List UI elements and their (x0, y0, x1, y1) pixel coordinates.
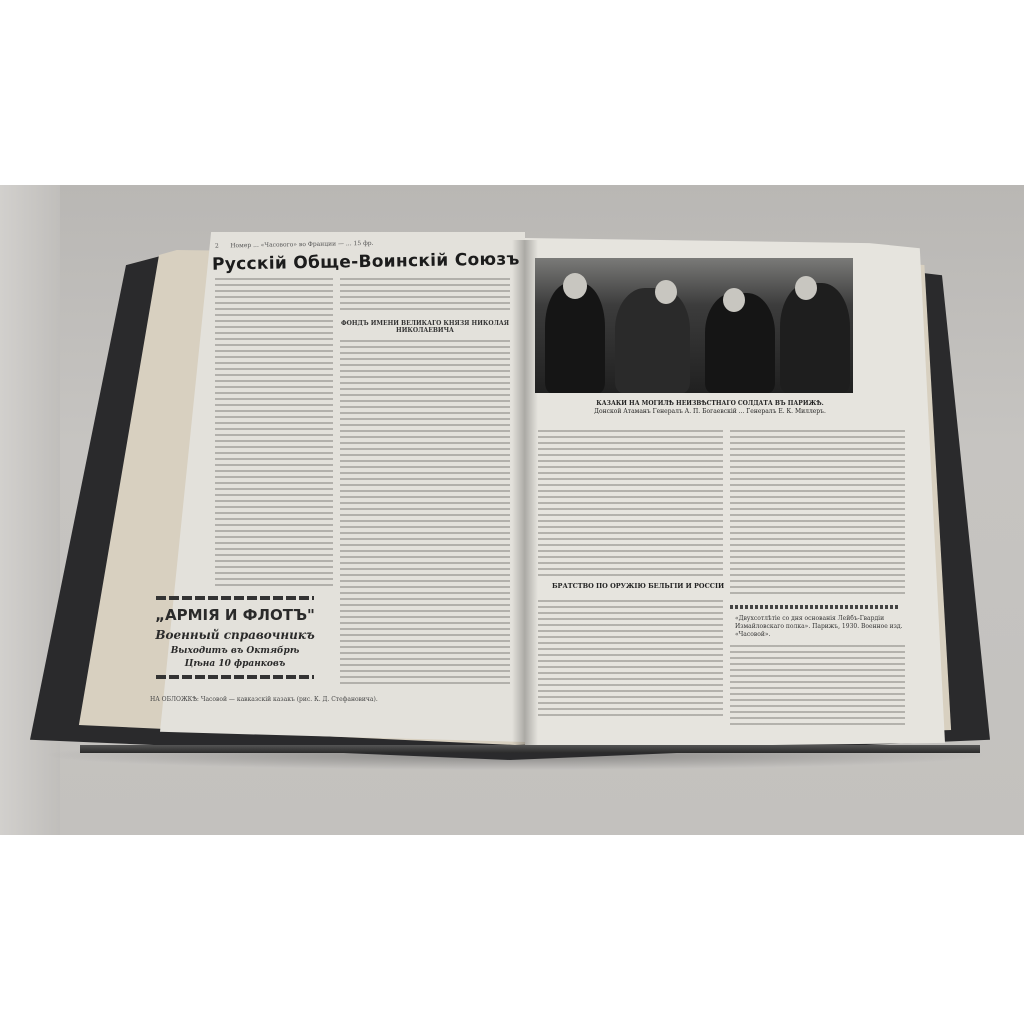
figure (545, 283, 605, 393)
text-column-right-1 (538, 430, 723, 578)
cover-note: НА ОБЛОЖКѢ: Часовой — кавказскій казакъ … (150, 696, 510, 703)
caption-text: Донской Атаманъ Генералъ А. П. Богаевскі… (560, 408, 860, 416)
book-bottom-edge (80, 745, 980, 753)
figure (615, 288, 690, 393)
text-column-left-3 (340, 340, 510, 685)
regiment-note: «Двухсотлѣтіе со дня основанія Лейбъ-Гва… (735, 615, 905, 639)
text-column-right-2 (730, 430, 905, 598)
ad-border-top (156, 596, 314, 600)
text-column-left-1 (215, 278, 333, 588)
ad-title: „АРМІЯ И ФЛОТЪ" (150, 606, 320, 624)
ad-price: Цѣна 10 франковъ (150, 659, 320, 669)
section-heading: БРАТСТВО ПО ОРУЖІЮ БЕЛЬГІИ И РОССІИ (552, 582, 724, 590)
figure (780, 283, 850, 393)
text-column-left-2 (340, 278, 510, 314)
face (655, 280, 677, 304)
ad-border-bottom (156, 675, 314, 679)
ad-subtitle: Военный справочникъ (150, 628, 320, 642)
ad-release: Выходитъ въ Октябрѣ (150, 646, 320, 656)
advertisement-box: „АРМІЯ И ФЛОТЪ" Военный справочникъ Выхо… (150, 596, 320, 688)
page-number: 2 (215, 243, 219, 250)
ornamental-rule (730, 605, 900, 609)
face (723, 288, 745, 312)
photo-caption: КАЗАКИ НА МОГИЛѢ НЕИЗВѢСТНАГО СОЛДАТА ВЪ… (560, 400, 860, 416)
fund-subheading: ФОНДЪ ИМЕНИ ВЕЛИКАГО КНЯЗЯ НИКОЛАЯ НИКОЛ… (340, 320, 510, 334)
cossacks-photo (535, 258, 853, 393)
text-column-right-3 (538, 600, 723, 720)
caption-title: КАЗАКИ НА МОГИЛѢ НЕИЗВѢСТНАГО СОЛДАТА ВЪ… (560, 400, 860, 408)
face (795, 276, 817, 300)
face (563, 273, 587, 299)
text-column-right-4 (730, 645, 905, 725)
